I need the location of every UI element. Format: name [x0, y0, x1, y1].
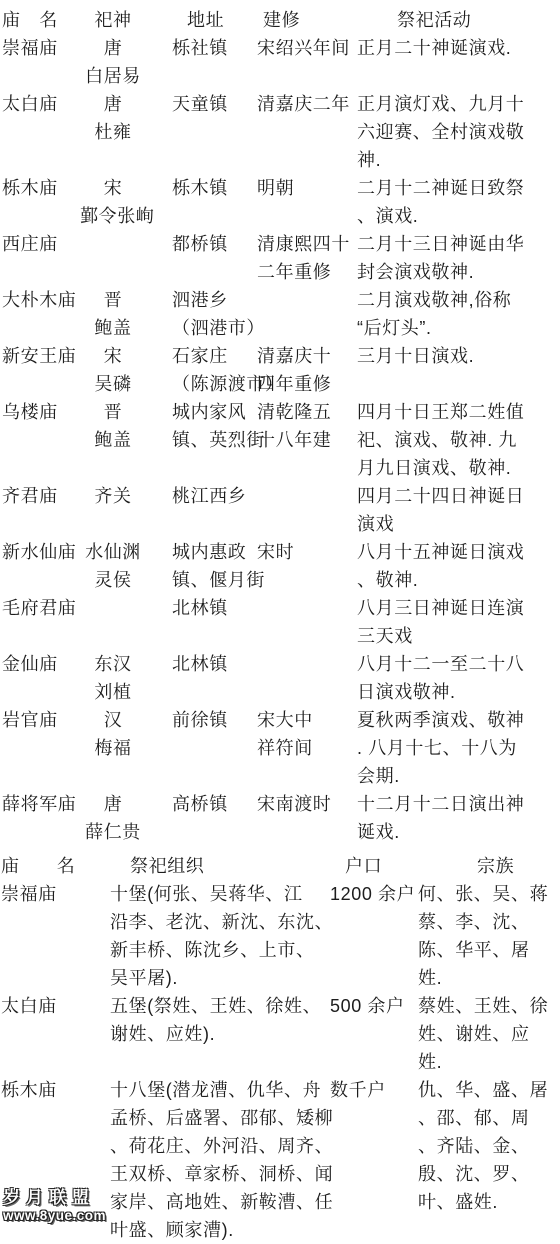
- table-row: 崇福庙 唐 白居易 栎社镇 宋绍兴年间 正月二十神诞演戏.: [0, 34, 560, 90]
- cell-activities: 二月演戏敬神,俗称 “后灯头”.: [357, 286, 560, 342]
- cell-temple-name: 齐君庙: [0, 482, 80, 538]
- cell-address: 都桥镇: [146, 230, 257, 286]
- cell-households: 500 余户: [330, 992, 418, 1076]
- cell-activities: 八月十二一至二十八 日演戏敬神.: [357, 650, 560, 706]
- table-row: 薛将军庙 唐 薛仁贵 高桥镇 宋南渡时 十二月十二日演出神 诞戏.: [0, 790, 560, 846]
- cell-households: 数千户: [330, 1076, 418, 1244]
- table-row: 太白庙 五堡(祭姓、王姓、徐姓、 谢姓、应姓). 500 余户 蔡姓、王姓、徐 …: [0, 992, 560, 1076]
- cell-built: [257, 482, 357, 538]
- cell-address: 泗港乡 （泗港市）: [146, 286, 257, 342]
- cell-built: 宋大中 祥符间: [257, 706, 357, 790]
- cell-deity: 宋 鄞令张峋: [80, 174, 146, 230]
- watermark: 岁月联盟 www.8yue.com: [3, 1189, 106, 1223]
- table-row: 崇福庙 十堡(何张、吴蒋华、江 沿李、老沈、新沈、东沈、 新丰桥、陈沈乡、上市、…: [0, 880, 560, 992]
- header-built: 建修: [257, 6, 357, 34]
- table-row: 岩官庙 汉 梅福 前徐镇 宋大中 祥符间 夏秋两季演戏、敬神 . 八月十七、十八…: [0, 706, 560, 790]
- table-row: 毛府君庙 北林镇 八月三日神诞日连演 三天戏: [0, 594, 560, 650]
- cell-households: 1200 余户: [330, 880, 418, 992]
- cell-deity: 晋 鲍盖: [80, 286, 146, 342]
- cell-built: [257, 650, 357, 706]
- cell-temple-name: 岩官庙: [0, 706, 80, 790]
- table-row: 新水仙庙 水仙渊 灵侯 城内惠政 镇、偃月街 宋时 八月十五神诞日演戏 、敬神.: [0, 538, 560, 594]
- cell-activities: 三月十日演戏.: [357, 342, 560, 398]
- cell-deity: 东汉 刘植: [80, 650, 146, 706]
- table-row: 金仙庙 东汉 刘植 北林镇 八月十二一至二十八 日演戏敬神.: [0, 650, 560, 706]
- cell-temple-name: 太白庙: [0, 992, 108, 1076]
- header-deity: 祀神: [80, 6, 146, 34]
- cell-deity: 唐 薛仁贵: [80, 790, 146, 846]
- cell-built: [257, 286, 357, 342]
- watermark-url: www.8yue.com: [3, 1209, 106, 1223]
- table-row: 西庄庙 都桥镇 清康熙四十 二年重修 二月十三日神诞由华 封会演戏敬神.: [0, 230, 560, 286]
- cell-address: 石家庄 （陈源渡市）: [146, 342, 257, 398]
- table2-header-row: 庙 名 祭祀组织 户口 宗族: [0, 852, 560, 880]
- cell-address: 北林镇: [146, 650, 257, 706]
- table-row: 齐君庙 齐关 桃江西乡 四月二十四日神诞日 演戏: [0, 482, 560, 538]
- cell-address: 天童镇: [146, 90, 257, 174]
- cell-deity: [80, 594, 146, 650]
- cell-clans: 何、张、吴、蒋 蔡、李、沈、 陈、华平、屠 姓.: [418, 880, 560, 992]
- table-row: 新安王庙 宋 吴磷 石家庄 （陈源渡市） 清嘉庆十 四年重修 三月十日演戏.: [0, 342, 560, 398]
- cell-deity: 唐 杜雍: [80, 90, 146, 174]
- cell-activities: 二月十三日神诞由华 封会演戏敬神.: [357, 230, 560, 286]
- watermark-logo-text: 岁月联盟: [3, 1189, 106, 1206]
- header-address: 地址: [146, 6, 257, 34]
- cell-temple-name: 崇福庙: [0, 34, 80, 90]
- cell-temple-name: 西庄庙: [0, 230, 80, 286]
- cell-organization: 五堡(祭姓、王姓、徐姓、 谢姓、应姓).: [108, 992, 330, 1076]
- cell-address: 前徐镇: [146, 706, 257, 790]
- table-row: 太白庙 唐 杜雍 天童镇 清嘉庆二年 正月演灯戏、九月十 六迎赛、全村演戏敬 神…: [0, 90, 560, 174]
- cell-clans: 仇、华、盛、屠 、邵、郁、周 、齐陆、金、 殷、沈、罗、 叶、盛姓.: [418, 1076, 560, 1244]
- cell-clans: 蔡姓、王姓、徐 姓、谢姓、应 姓.: [418, 992, 560, 1076]
- cell-deity: 唐 白居易: [80, 34, 146, 90]
- cell-activities: 八月三日神诞日连演 三天戏: [357, 594, 560, 650]
- cell-activities: 十二月十二日演出神 诞戏.: [357, 790, 560, 846]
- cell-deity: 宋 吴磷: [80, 342, 146, 398]
- cell-temple-name: 新水仙庙: [0, 538, 80, 594]
- cell-built: 清嘉庆二年: [257, 90, 357, 174]
- cell-activities: 八月十五神诞日演戏 、敬神.: [357, 538, 560, 594]
- cell-built: [257, 594, 357, 650]
- cell-activities: 四月十日王郑二姓值 祀、演戏、敬神. 九 月九日演戏、敬神.: [357, 398, 560, 482]
- cell-organization: 十八堡(潜龙漕、仇华、舟 孟桥、后盛署、邵郁、矮柳 、荷花庄、外河沿、周齐、 王…: [108, 1076, 330, 1244]
- cell-built: 清乾隆五 十八年建: [257, 398, 357, 482]
- cell-address: 北林镇: [146, 594, 257, 650]
- table-row: 栎木庙 宋 鄞令张峋 栎木镇 明朝 二月十二神诞日致祭 、演戏.: [0, 174, 560, 230]
- cell-built: 宋绍兴年间: [257, 34, 357, 90]
- cell-deity: [80, 230, 146, 286]
- scanned-document-page: 庙 名 祀神 地址 建修 祭祀活动 崇福庙 唐 白居易 栎社镇 宋绍兴年间 正月…: [0, 0, 560, 1244]
- header-organization: 祭祀组织: [108, 852, 330, 880]
- cell-temple-name: 金仙庙: [0, 650, 80, 706]
- cell-temple-name: 新安王庙: [0, 342, 80, 398]
- cell-temple-name: 薛将军庙: [0, 790, 80, 846]
- cell-organization: 十堡(何张、吴蒋华、江 沿李、老沈、新沈、东沈、 新丰桥、陈沈乡、上市、 吴平屠…: [108, 880, 330, 992]
- cell-temple-name: 太白庙: [0, 90, 80, 174]
- header-clans: 宗族: [418, 852, 560, 880]
- table-row: 乌楼庙 晋 鲍盖 城内家风 镇、英烈街 清乾隆五 十八年建 四月十日王郑二姓值 …: [0, 398, 560, 482]
- table1-header-row: 庙 名 祀神 地址 建修 祭祀活动: [0, 6, 560, 34]
- cell-address: 高桥镇: [146, 790, 257, 846]
- cell-built: 明朝: [257, 174, 357, 230]
- cell-address: 城内家风 镇、英烈街: [146, 398, 257, 482]
- cell-built: 清嘉庆十 四年重修: [257, 342, 357, 398]
- cell-built: 清康熙四十 二年重修: [257, 230, 357, 286]
- cell-activities: 夏秋两季演戏、敬神 . 八月十七、十八为 会期.: [357, 706, 560, 790]
- temple-organization-table: 庙 名 祭祀组织 户口 宗族 崇福庙 十堡(何张、吴蒋华、江 沿李、老沈、新沈、…: [0, 852, 560, 1244]
- header-households: 户口: [330, 852, 418, 880]
- cell-address: 城内惠政 镇、偃月街: [146, 538, 257, 594]
- cell-address: 栎社镇: [146, 34, 257, 90]
- temple-info-table: 庙 名 祀神 地址 建修 祭祀活动 崇福庙 唐 白居易 栎社镇 宋绍兴年间 正月…: [0, 6, 560, 846]
- table-row: 大朴木庙 晋 鲍盖 泗港乡 （泗港市） 二月演戏敬神,俗称 “后灯头”.: [0, 286, 560, 342]
- header-temple-name: 庙 名: [0, 6, 80, 34]
- cell-deity: 汉 梅福: [80, 706, 146, 790]
- cell-temple-name: 崇福庙: [0, 880, 108, 992]
- cell-deity: 晋 鲍盖: [80, 398, 146, 482]
- header-activities: 祭祀活动: [357, 6, 560, 34]
- cell-activities: 二月十二神诞日致祭 、演戏.: [357, 174, 560, 230]
- cell-deity: 齐关: [80, 482, 146, 538]
- cell-activities: 正月二十神诞演戏.: [357, 34, 560, 90]
- cell-temple-name: 乌楼庙: [0, 398, 80, 482]
- cell-temple-name: 栎木庙: [0, 174, 80, 230]
- cell-deity: 水仙渊 灵侯: [80, 538, 146, 594]
- cell-temple-name: 毛府君庙: [0, 594, 80, 650]
- cell-activities: 正月演灯戏、九月十 六迎赛、全村演戏敬 神.: [357, 90, 560, 174]
- cell-activities: 四月二十四日神诞日 演戏: [357, 482, 560, 538]
- cell-built: 宋南渡时: [257, 790, 357, 846]
- header-temple-name: 庙 名: [0, 852, 108, 880]
- cell-address: 桃江西乡: [146, 482, 257, 538]
- cell-address: 栎木镇: [146, 174, 257, 230]
- cell-built: 宋时: [257, 538, 357, 594]
- cell-temple-name: 大朴木庙: [0, 286, 80, 342]
